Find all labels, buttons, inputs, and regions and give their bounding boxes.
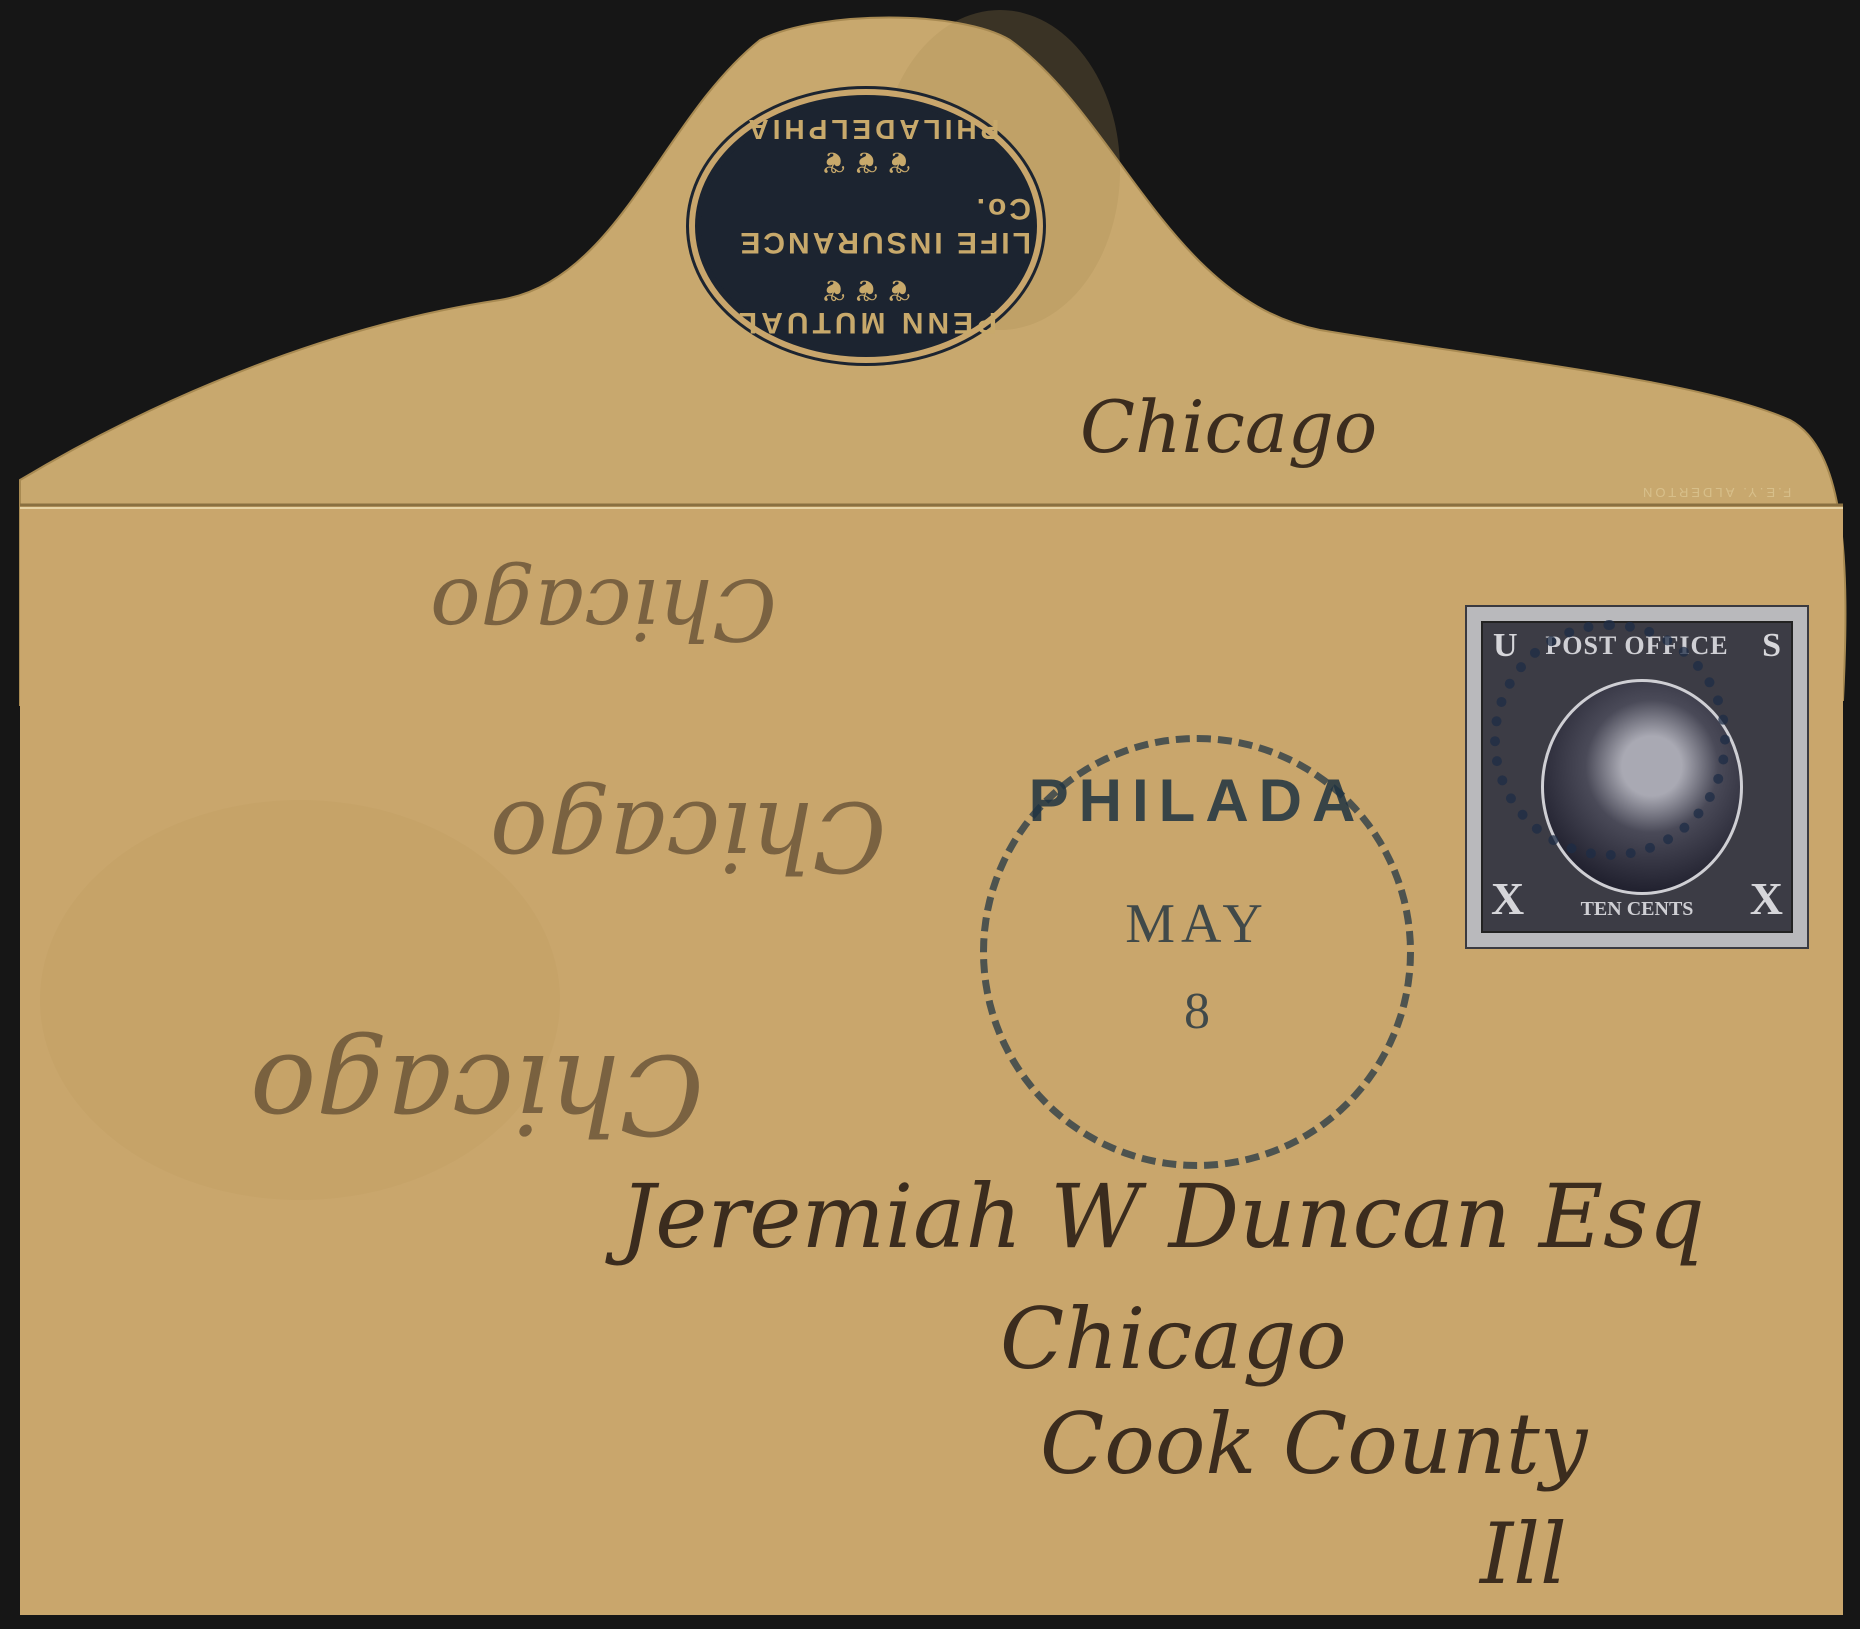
address-line-1: Jeremiah W Duncan Esq bbox=[620, 1165, 1705, 1268]
postmark-town: PHILADA bbox=[987, 766, 1407, 835]
flourish-icon: ❦ ❦ ❦ bbox=[821, 151, 911, 171]
postmark: PHILADA MAY 8 bbox=[980, 735, 1414, 1169]
flourish-icon: ❦ ❦ ❦ bbox=[821, 279, 911, 299]
address-line-2: Chicago bbox=[1000, 1290, 1347, 1388]
seal-line2: LIFE INSURANCE Co. bbox=[701, 191, 1031, 259]
company-seal: PENN MUTUAL ❦ ❦ ❦ LIFE INSURANCE Co. ❦ ❦… bbox=[695, 95, 1037, 357]
reversed-note: Chicago bbox=[490, 780, 886, 892]
address-line-4: Ill bbox=[1480, 1505, 1567, 1603]
reversed-note: Chicago bbox=[250, 1030, 704, 1158]
stamp-numeral-right: X bbox=[1750, 872, 1783, 925]
grid-cancel-mark bbox=[1490, 620, 1730, 860]
address-line-3: Cook County bbox=[1040, 1395, 1587, 1493]
seal-line1: PENN MUTUAL bbox=[735, 305, 997, 339]
seal-line3: PHILADELPHIA. bbox=[733, 113, 1000, 145]
postmark-month: MAY bbox=[987, 892, 1407, 956]
postmark-day: 8 bbox=[987, 982, 1407, 1041]
reversed-note: Chicago bbox=[430, 560, 777, 658]
envelope-photo: PENN MUTUAL ❦ ❦ ❦ LIFE INSURANCE Co. ❦ ❦… bbox=[0, 0, 1860, 1629]
stamp-bottom-text: TEN CENTS bbox=[1483, 898, 1791, 921]
flap-handwriting: Chicago bbox=[1080, 385, 1377, 469]
flap-imprint: F.E.Y. ALDERTON bbox=[1640, 485, 1791, 500]
